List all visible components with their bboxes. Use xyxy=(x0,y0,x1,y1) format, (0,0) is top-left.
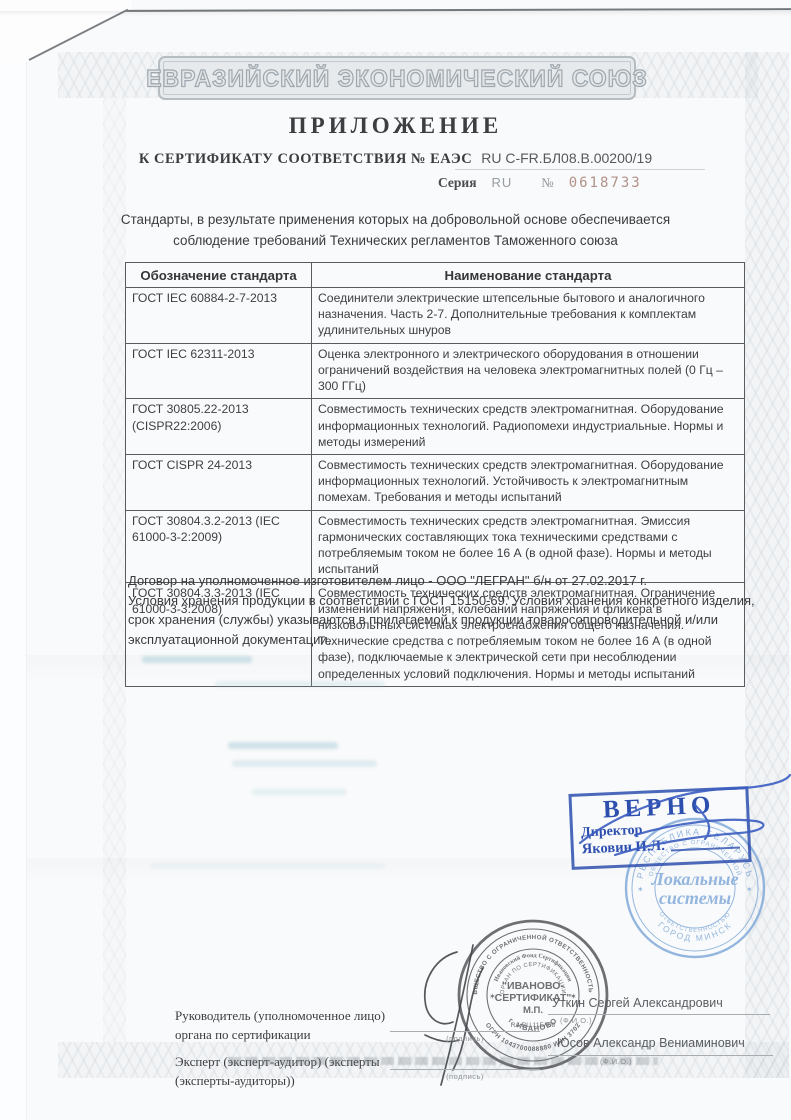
signature-caption: (подпись) xyxy=(390,1034,540,1043)
document-title: ПРИЛОЖЕНИЕ xyxy=(0,113,791,139)
series-row: Серия RU № 0618733 xyxy=(438,175,642,191)
expert-name: Юсов Александр Вениаминович xyxy=(557,1036,745,1050)
svg-text:✶: ✶ xyxy=(746,885,753,894)
stamp-center-text: М.П. xyxy=(523,1005,543,1016)
standard-name: Оценка электронного и электрического обо… xyxy=(312,343,745,399)
scan-edge xyxy=(0,0,27,1120)
certificate-subtitle-row: К СЕРТИФИКАТУ СООТВЕТСТВИЯ № ЕАЭСRU C-FR… xyxy=(0,150,791,168)
signature-caption: (подпись) xyxy=(390,1072,540,1081)
notes-block: Договор на уполномоченное изготовителем … xyxy=(128,571,756,649)
certificate-subtitle: К СЕРТИФИКАТУ СООТВЕТСТВИЯ № ЕАЭС xyxy=(139,151,472,167)
director-signature xyxy=(555,765,791,885)
intro-paragraph: Стандарты, в результате применения котор… xyxy=(95,210,696,252)
fio-caption: (Ф.И.О.) xyxy=(560,1016,592,1025)
standard-name: Совместимость технических средств электр… xyxy=(312,454,745,510)
signature-line xyxy=(390,1069,540,1070)
series-label: Серия xyxy=(438,175,477,191)
standard-designation: ГОСТ IEC 62311-2013 xyxy=(126,343,312,399)
contract-note: Договор на уполномоченное изготовителем … xyxy=(128,571,756,591)
scan-shadow xyxy=(0,11,791,16)
eaeu-union-banner: ЕВРАЗИЙСКИЙ ЭКОНОМИЧЕСКИЙ СОЮЗ xyxy=(158,56,636,100)
standard-name: Соединители электрические штепсельные бы… xyxy=(312,288,745,344)
svg-text:✶: ✶ xyxy=(637,885,644,894)
head-of-body-label: Руководитель (уполномоченное лицо) орган… xyxy=(175,1007,413,1045)
eaeu-union-banner-text: ЕВРАЗИЙСКИЙ ЭКОНОМИЧЕСКИЙ СОЮЗ xyxy=(146,64,648,92)
standard-name: Совместимость технических средств электр… xyxy=(312,399,745,455)
certificate-number: RU C-FR.БЛ08.В.00200/19 xyxy=(481,150,652,166)
column-header-designation: Обозначение стандарта xyxy=(126,263,312,288)
column-header-name: Наименование стандарта xyxy=(312,263,745,288)
standard-designation: ГОСТ IEC 60884-2-7-2013 xyxy=(126,288,312,344)
table-header-row: Обозначение стандарта Наименование станд… xyxy=(126,263,745,288)
ghost-text-smudge xyxy=(228,742,338,749)
signature-line xyxy=(390,1031,540,1032)
table-row: ГОСТ 30805.22-2013 (CISPR22:2006) Совмес… xyxy=(126,399,745,455)
number-sign: № xyxy=(541,175,553,191)
certificate-page: ЕВРАЗИЙСКИЙ ЭКОНОМИЧЕСКИЙ СОЮЗ ПРИЛОЖЕНИ… xyxy=(0,0,791,1120)
stamp-center-text: системы xyxy=(659,888,731,908)
ghost-text-smudge xyxy=(232,760,377,767)
ghost-text-smudge xyxy=(215,681,385,687)
stamp-center-text: "ИВАНОВО- xyxy=(502,980,564,992)
fio-line xyxy=(548,1055,773,1056)
footer-fineprint xyxy=(228,1057,658,1065)
series-value: RU xyxy=(492,175,513,190)
table-row: ГОСТ IEC 60884-2-7-2013 Соединители элек… xyxy=(126,288,745,344)
ghost-text-smudge xyxy=(142,656,252,663)
certificate-number-underline xyxy=(455,169,705,170)
standard-designation: ГОСТ CISPR 24-2013 xyxy=(126,454,312,510)
storage-note: Условия хранения продукции в соответстви… xyxy=(128,591,756,650)
fio-line xyxy=(548,1014,770,1015)
standard-designation: ГОСТ 30805.22-2013 (CISPR22:2006) xyxy=(126,399,312,455)
head-name: Уткин Сергей Александрович xyxy=(552,996,723,1010)
table-row: ГОСТ IEC 62311-2013 Оценка электронного … xyxy=(126,343,745,399)
ghost-text-smudge xyxy=(252,789,347,795)
table-row: ГОСТ CISPR 24-2013 Совместимость техниче… xyxy=(126,454,745,510)
blank-number: 0618733 xyxy=(569,175,642,191)
ghost-text-smudge xyxy=(150,863,385,869)
